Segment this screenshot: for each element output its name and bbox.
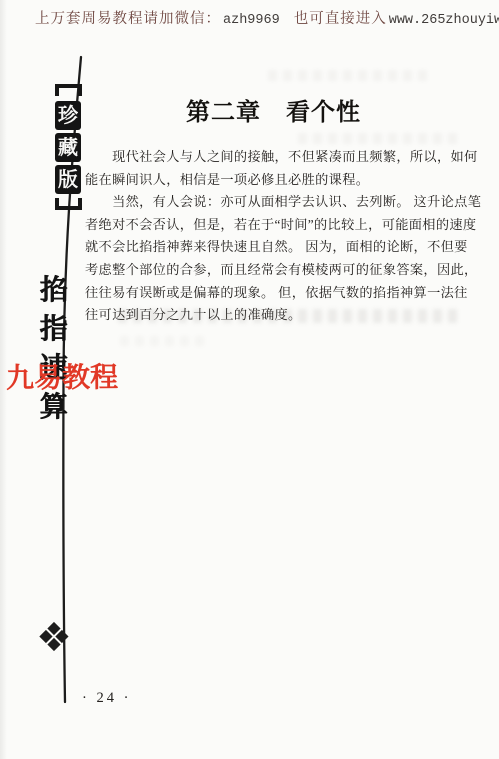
edition-badge: 珍 藏 版 bbox=[54, 84, 82, 210]
body-text: 现代社会人与人之间的接触，不但紧凑而且频繁，所以，如何 能在瞬间识人，相信是一项… bbox=[85, 146, 467, 327]
book-title-char: 指 bbox=[40, 315, 68, 343]
edition-char-tile: 版 bbox=[55, 165, 81, 194]
edition-char-tile: 珍 bbox=[55, 101, 81, 130]
body-line: 当然，有人会说：亦可从面相学去认识、去列断。 这升论点笔 bbox=[85, 191, 467, 214]
bracket-close-icon bbox=[55, 198, 82, 210]
body-line: 者绝对不会否认，但是，若在于“时间”的比较上，可能面相的速度 bbox=[85, 214, 467, 237]
bleedthrough-smudge bbox=[118, 309, 460, 323]
bleedthrough-smudge bbox=[120, 336, 210, 346]
bracket-open-icon bbox=[55, 84, 82, 96]
promo-text-also: 也可直接进入 bbox=[294, 7, 387, 28]
wechat-id-text: azh9969 bbox=[223, 13, 280, 28]
bleedthrough-smudge bbox=[298, 133, 460, 144]
promo-url-text: www.265zhouyiw.com bbox=[389, 13, 499, 28]
body-line: 往往易有误断或是偏幕的现象。 但，依据气数的掐指神算一法往 bbox=[85, 282, 467, 305]
book-title-char: 掐 bbox=[40, 276, 68, 304]
body-line: 现代社会人与人之间的接触，不但紧凑而且频繁，所以，如何 bbox=[85, 146, 467, 169]
body-line: 考虑整个部位的合参，而且经常会有模棱两可的征象答案，因此， bbox=[85, 259, 467, 282]
watermark-text: 九易教程 bbox=[6, 356, 118, 397]
diamond-ornament-icon: ❖ bbox=[36, 616, 72, 660]
bleedthrough-smudge bbox=[268, 70, 433, 81]
chapter-title: 第二章 看个性 bbox=[85, 92, 462, 127]
book-title-vertical: 掐 指 速 算 bbox=[40, 276, 67, 421]
book-title-char: 算 bbox=[40, 393, 68, 421]
body-line: 能在瞬间识人，相信是一项必修且必胜的课程。 bbox=[85, 169, 467, 192]
edition-char-tile: 藏 bbox=[55, 133, 81, 162]
body-line: 就不会比掐指神葬来得快速且自然。 因为，面相的论断，不但要 bbox=[85, 236, 467, 259]
